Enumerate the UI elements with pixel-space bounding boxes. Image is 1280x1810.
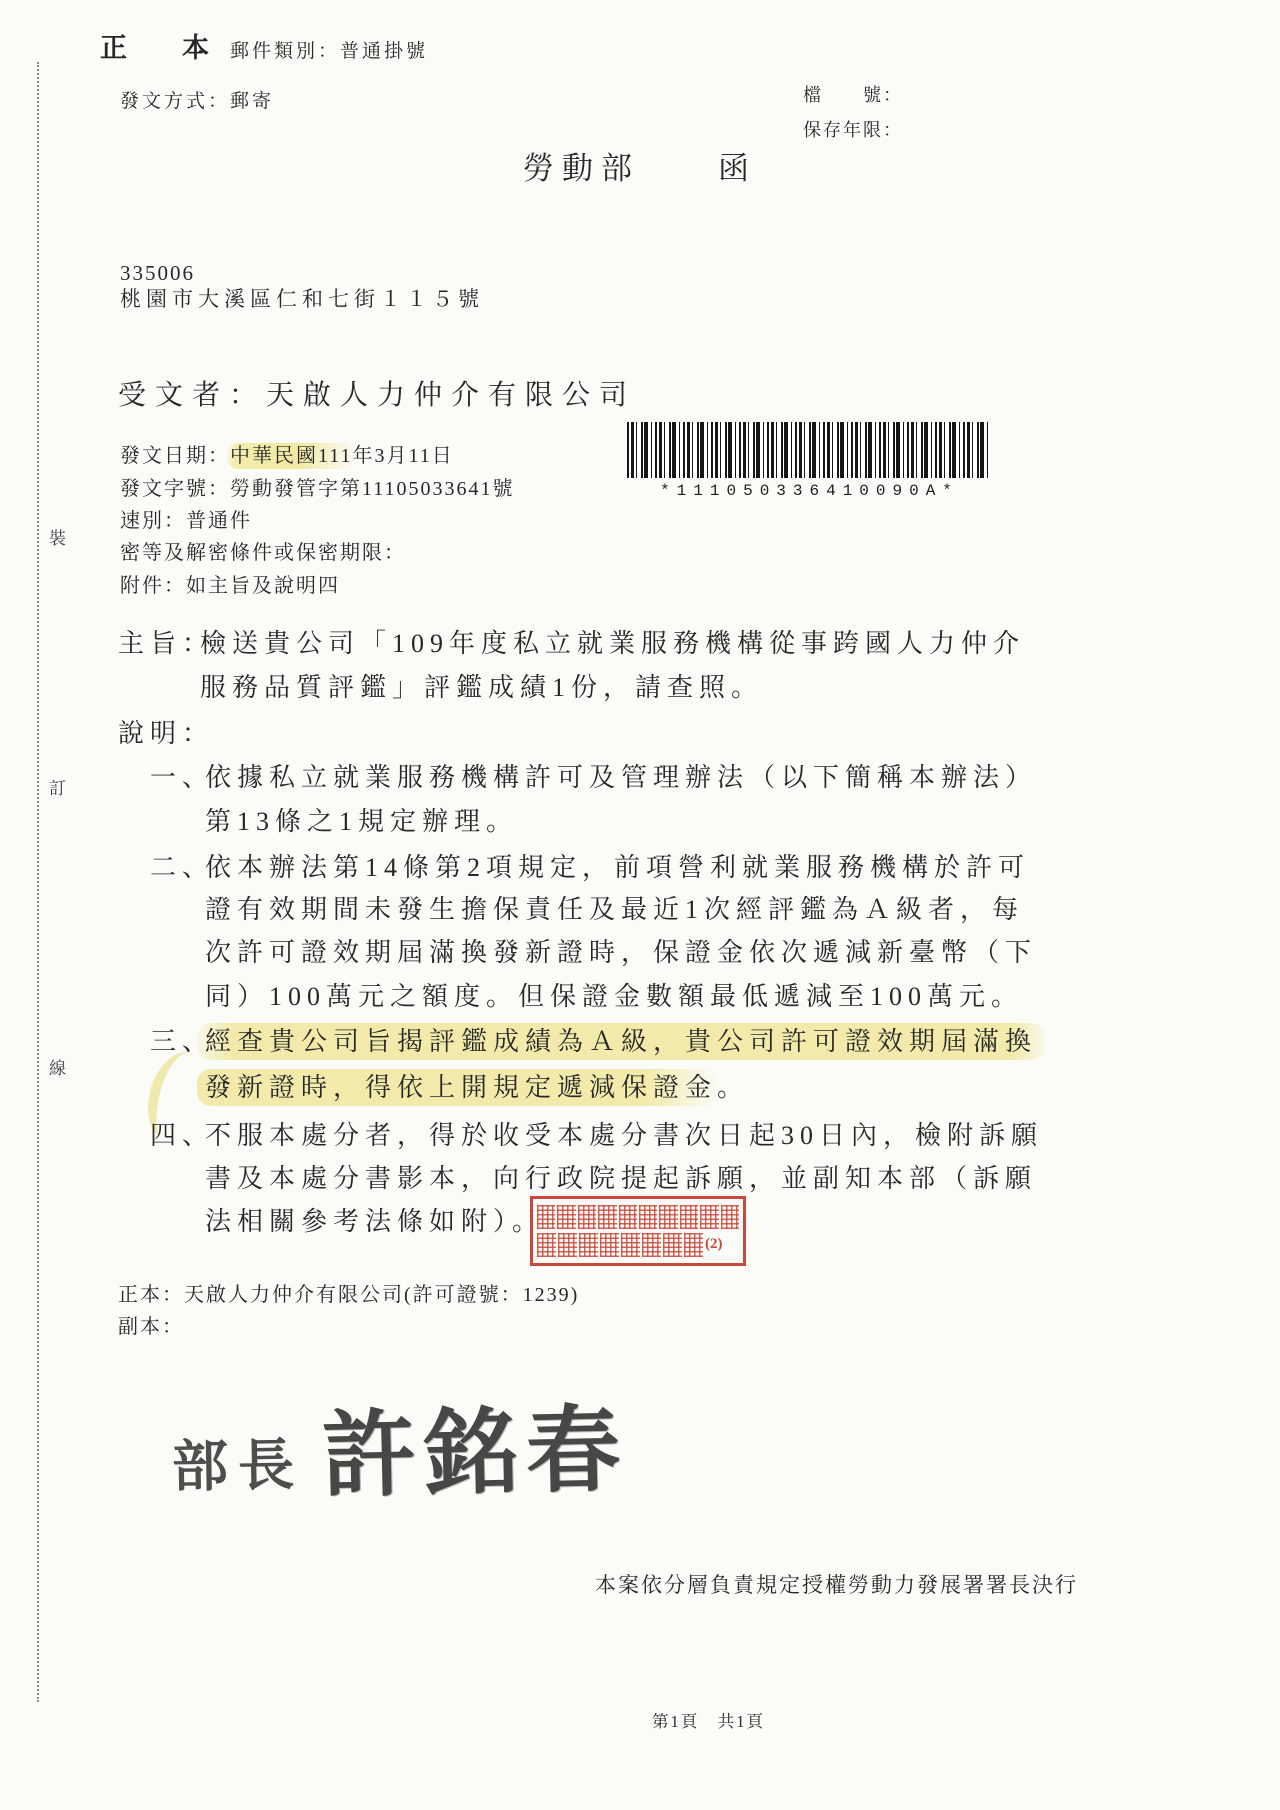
item-4-line-3: 法相關參考法條如附）。 — [205, 1206, 544, 1239]
send-method: 發文方式：郵寄 — [120, 90, 274, 114]
barcode-text: *111050336410090A* — [617, 482, 1002, 500]
minister-signature: 許銘春 — [321, 1393, 629, 1517]
scanned-official-letter: 裝 訂 線 正 本 郵件類別：普通掛號 發文方式：郵寄 檔 號： 保存年限： 勞… — [0, 0, 1280, 1810]
item-2-line-2: 證有效期間未發生擔保責任及最近1次經評鑑為Ａ級者，每 — [205, 894, 1024, 927]
item-2-line-4: 同）100萬元之額度。但保證金數額最低遞減至100萬元。 — [205, 981, 1023, 1014]
copy-type-marker: 正 本 — [100, 32, 223, 66]
subject-line-2: 服務品質評鑑」評鑑成績1份，請查照。 — [200, 672, 763, 705]
file-number-label: 檔 號： — [803, 84, 903, 107]
issue-date-rest: 年3月11日 — [353, 445, 454, 467]
item-2-line-1: 依本辦法第14條第2項規定，前項營利就業服務機構於許可 — [205, 852, 1030, 885]
postal-code: 335006 — [120, 260, 195, 286]
attachment-note: 附件：如主旨及說明四 — [120, 574, 340, 599]
binding-char-zhuang: 裝 — [49, 528, 66, 549]
issue-date-label: 發文日期： — [120, 445, 230, 467]
delegation-note: 本案依分層負責規定授權勞動力發展署署長決行 — [595, 1572, 1078, 1598]
item-3-line-2: 發新證時，得依上開規定遞減保證金。 — [205, 1072, 749, 1105]
document-number: 發文字號：勞動發管字第11105033641號 — [120, 477, 515, 502]
issue-date-highlight: 中華民國111 — [226, 443, 357, 469]
item-4-line-1: 不服本處分者，得於收受本處分書次日起30日內，檢附訴願 — [205, 1120, 1043, 1153]
recipient-name: 受文者：天啟人力仲介有限公司 — [118, 378, 636, 413]
binding-dotted-line — [37, 62, 39, 1702]
item-1-line-2: 第13條之1規定辦理。 — [205, 806, 518, 839]
issue-date: 發文日期：中華民國111年3月11日 — [120, 444, 454, 469]
security-classification: 密等及解密條件或保密期限： — [120, 541, 406, 566]
item-4-line-2: 書及本處分書影本，向行政院提起訴願，並副知本部（訴願 — [205, 1163, 1037, 1196]
document-title: 勞動部 函 — [0, 150, 1280, 189]
minister-title: 部長 — [171, 1431, 304, 1503]
recipient-address: 桃園市大溪區仁和七街１１５號 — [120, 286, 484, 312]
page-number: 第1頁 共1頁 — [652, 1712, 765, 1733]
red-seal-stamp-row-2: (2) — [537, 1233, 739, 1257]
item-2-line-3: 次許可證效期屆滿換發新證時，保證金依次遞減新臺幣（下 — [205, 937, 1037, 970]
item-3-line-1: 經查貴公司旨揭評鑑成績為Ａ級，貴公司許可證效期屆滿換 — [205, 1026, 1037, 1059]
binding-char-xian: 線 — [49, 1058, 66, 1079]
item-1-line-1: 依據私立就業服務機構許可及管理辦法（以下簡稱本辦法） — [205, 762, 1037, 795]
explanation-label: 說明： — [118, 718, 214, 751]
mail-class: 郵件類別：普通掛號 — [230, 40, 428, 64]
subject-line-1: 檢送貴公司「109年度私立就業服務機構從事跨國人力仲介 — [200, 628, 1025, 661]
red-seal-stamp: (2) — [530, 1196, 746, 1266]
red-seal-stamp-row-1 — [537, 1205, 739, 1229]
carbon-copy-line: 副本： — [118, 1315, 184, 1340]
barcode — [627, 422, 990, 478]
item-3-line-1-text: 經查貴公司旨揭評鑑成績為Ａ級，貴公司許可證效期屆滿換 — [197, 1023, 1045, 1060]
retention-label: 保存年限： — [803, 119, 903, 142]
red-seal-stamp-note: (2) — [705, 1236, 723, 1253]
item-3-line-2-text: 發新證時，得依上開規定遞減保證金。 — [197, 1069, 757, 1106]
original-copy-line: 正本：天啟人力仲介有限公司(許可證號：1239) — [118, 1283, 579, 1308]
priority-level: 速別：普通件 — [120, 509, 252, 534]
binding-char-ding: 訂 — [49, 778, 66, 799]
